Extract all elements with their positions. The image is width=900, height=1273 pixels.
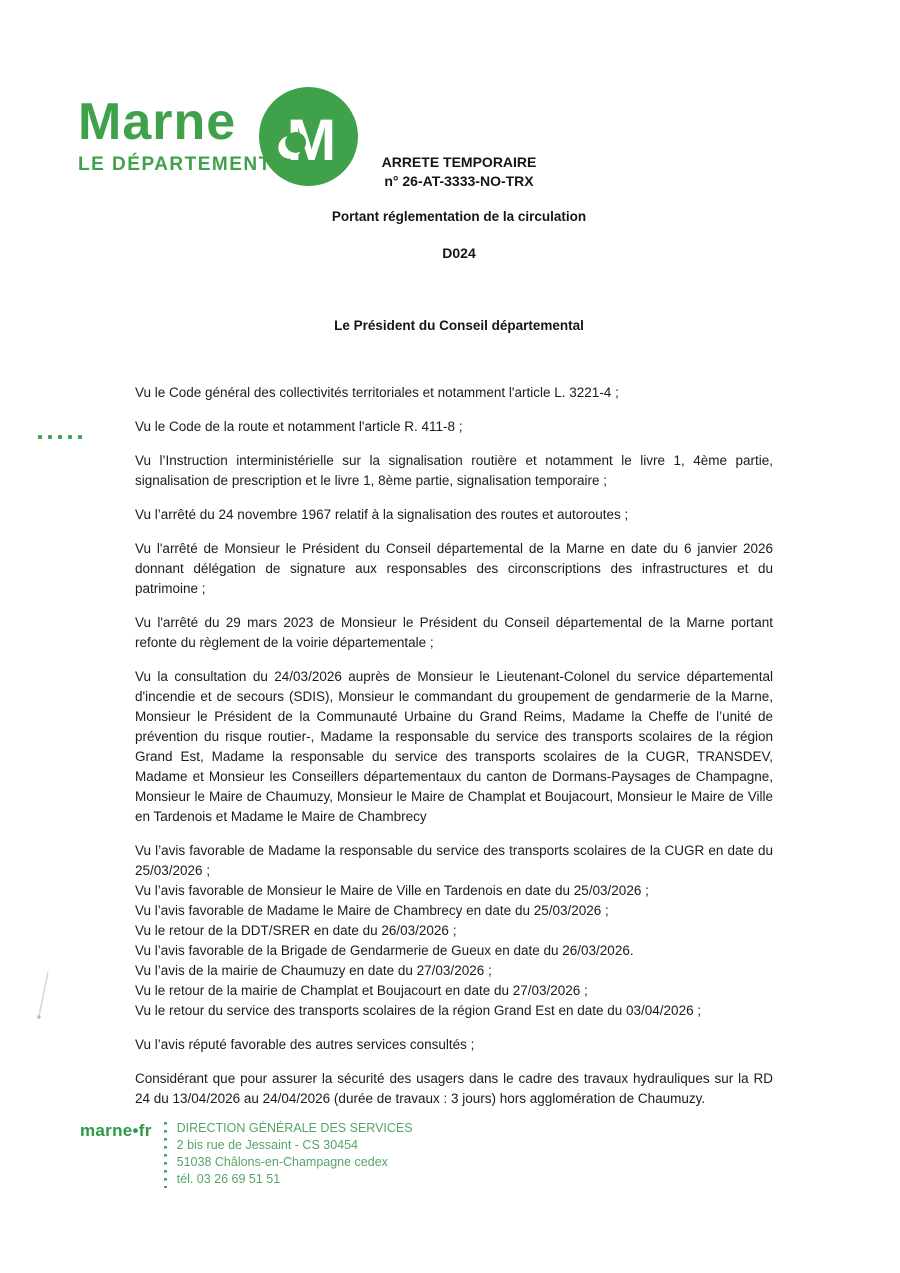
body-paragraph: Vu l’avis favorable de la Brigade de Gen… [135, 941, 773, 961]
dotted-separator [164, 1122, 167, 1188]
body-paragraph: Vu l'arrêté du 29 mars 2023 de Monsieur … [135, 613, 773, 653]
footer-line-street: 2 bis rue de Jessaint - CS 30454 [177, 1137, 413, 1154]
doc-number: n° 26-AT-3333-NO-TRX [18, 173, 900, 189]
body-paragraph: Vu l'arrêté de Monsieur le Président du … [135, 539, 773, 599]
footer-line-city: 51038 Châlons-en-Champagne cedex [177, 1154, 413, 1171]
body-paragraph: Vu le Code général des collectivités ter… [135, 383, 773, 403]
body-paragraph: Considérant que pour assurer la sécurité… [135, 1069, 773, 1109]
body-paragraph: Vu l’avis favorable de Madame le Maire d… [135, 901, 773, 921]
body-paragraph: Vu le retour du service des transports s… [135, 1001, 773, 1021]
margin-dots-icon [38, 435, 82, 439]
body-paragraph: Vu l’avis favorable de Monsieur le Maire… [135, 881, 773, 901]
document-body: Vu le Code général des collectivités ter… [135, 383, 773, 1109]
pen-mark [28, 968, 58, 1028]
footer-address-block: DIRECTION GÉNÉRALE DES SERVICES 2 bis ru… [177, 1120, 413, 1188]
body-paragraph: Vu l’avis réputé favorable des autres se… [135, 1035, 773, 1055]
body-paragraph: Vu le retour de la DDT/SRER en date du 2… [135, 921, 773, 941]
body-paragraph: Vu le Code de la route et notamment l'ar… [135, 417, 773, 437]
document-page: Marne LE DÉPARTEMENT M ARRETE TEMPORAIRE… [0, 0, 900, 1273]
doc-type-title: ARRETE TEMPORAIRE [18, 154, 900, 170]
body-paragraph: Vu l’avis de la mairie de Chaumuzy en da… [135, 961, 773, 981]
body-paragraph: Vu l’arrêté du 24 novembre 1967 relatif … [135, 505, 773, 525]
page-footer: marne•fr DIRECTION GÉNÉRALE DES SERVICES… [80, 1120, 413, 1188]
body-paragraph: Vu la consultation du 24/03/2026 auprès … [135, 667, 773, 827]
footer-line-phone: tél. 03 26 69 51 51 [177, 1171, 413, 1188]
marne-wordmark: Marne [78, 96, 272, 148]
authority-title: Le Président du Conseil départemental [18, 318, 900, 333]
doc-subject: Portant réglementation de la circulation [18, 209, 900, 224]
body-paragraph: Vu l’Instruction interministérielle sur … [135, 451, 773, 491]
body-paragraph: Vu le retour de la mairie de Champlat et… [135, 981, 773, 1001]
body-paragraph: Vu l’avis favorable de Madame la respons… [135, 841, 773, 881]
marne-51-badge-icon: M [259, 87, 358, 186]
road-reference: D024 [18, 245, 900, 261]
footer-line-service: DIRECTION GÉNÉRALE DES SERVICES [177, 1120, 413, 1137]
marne-fr-logo: marne•fr [80, 1121, 152, 1141]
